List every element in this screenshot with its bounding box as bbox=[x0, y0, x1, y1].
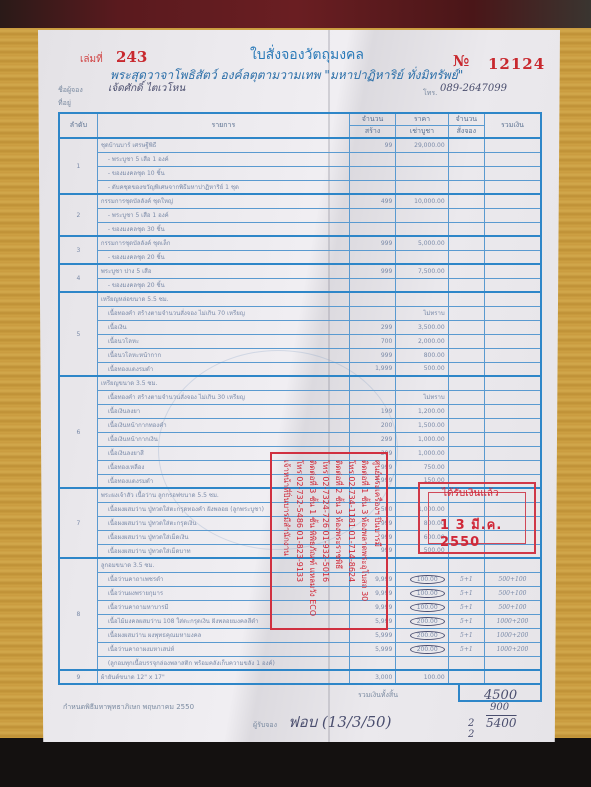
unit-price: 29,000.00 bbox=[396, 138, 448, 152]
row-sum bbox=[484, 306, 541, 320]
item-description: เนื้อทองคำ สร้างตามจำนวนสั่งจอง ไม่เกิน … bbox=[97, 306, 349, 320]
quantity-built bbox=[349, 278, 395, 292]
vertical-contact-stamp: ศูนย์พระเครื่องฯ ปิ่นบารมีติดต่อที่ 1 ชั… bbox=[270, 452, 388, 630]
circled-price: 200.00 bbox=[410, 631, 445, 640]
header-sum: รวมเงิน bbox=[484, 113, 541, 138]
item-description: เนื้อเงิน bbox=[97, 320, 349, 334]
date-stamp-header: ได้รับเงินแล้ว bbox=[442, 486, 499, 501]
quantity-ordered bbox=[448, 460, 484, 474]
quantity-ordered bbox=[448, 656, 484, 670]
row-sum bbox=[484, 152, 541, 166]
header-order-top: จำนวน bbox=[448, 113, 484, 126]
quantity-ordered bbox=[448, 348, 484, 362]
quantity-built: 3,000 bbox=[349, 670, 395, 684]
table-row: 2กรรมการชุดบัลลังค์ ชุดใหญ่49910,000.00 bbox=[59, 194, 541, 208]
row-sum bbox=[484, 194, 541, 208]
quantity-ordered bbox=[448, 208, 484, 222]
unit-price: 1,000.00 bbox=[396, 446, 448, 460]
stamp-text-line: โทร 02-7324-726 01-932-5016 bbox=[319, 460, 332, 582]
quantity-ordered bbox=[448, 138, 484, 152]
quantity-ordered: 5+1 bbox=[448, 628, 484, 642]
quantity-ordered: 5+1 bbox=[448, 642, 484, 656]
item-description: กรรมการชุดบัลลังค์ ชุดใหญ่ bbox=[97, 194, 349, 208]
unit-price bbox=[396, 222, 448, 236]
quantity-built: 999 bbox=[349, 264, 395, 278]
circled-price: 100.00 bbox=[410, 575, 445, 584]
unit-price: 10,000.00 bbox=[396, 194, 448, 208]
row-sum: 500+100 bbox=[484, 572, 541, 586]
quantity-built bbox=[349, 656, 395, 670]
quantity-ordered bbox=[448, 418, 484, 432]
quantity-ordered bbox=[448, 306, 484, 320]
row-sum: 1000+200 bbox=[484, 642, 541, 656]
unit-price: 200.00 bbox=[396, 642, 448, 656]
unit-price: 100.00 bbox=[396, 670, 448, 684]
row-sum bbox=[484, 432, 541, 446]
quantity-ordered bbox=[448, 236, 484, 250]
row-sum bbox=[484, 236, 541, 250]
quantity-ordered bbox=[448, 390, 484, 404]
table-row: เนื้อเงินหน้ากากทองคำ2001,500.00 bbox=[59, 418, 541, 432]
table-row: เนื้อว่านคาถาผงมหาเสน่ห์5,999200.005+110… bbox=[59, 642, 541, 656]
handwritten-marks: 2 2 bbox=[468, 718, 560, 740]
row-sum bbox=[484, 418, 541, 432]
unit-price: ไม่ทราบ bbox=[396, 390, 448, 404]
row-sum: 500+100 bbox=[484, 586, 541, 600]
quantity-ordered bbox=[448, 292, 484, 306]
address-label: ที่อยู่ bbox=[58, 98, 71, 109]
total-label: รวมเงินทั้งสิ้น bbox=[358, 690, 398, 701]
table-row: - ของมงคลชุด 10 ชิ้น bbox=[59, 166, 541, 180]
row-sum bbox=[484, 334, 541, 348]
table-row: - ของมงคลชุด 30 ชิ้น bbox=[59, 222, 541, 236]
row-sum bbox=[484, 222, 541, 236]
quantity-built bbox=[349, 166, 395, 180]
quantity-built: 199 bbox=[349, 404, 395, 418]
unit-price bbox=[396, 558, 448, 572]
stamp-text-line: โทร 02-734-1181 01-714-8624 bbox=[345, 460, 358, 582]
row-sum bbox=[484, 278, 541, 292]
book-label: เล่มที่ bbox=[80, 52, 103, 67]
quantity-built: 700 bbox=[349, 334, 395, 348]
unit-price: 800.00 bbox=[396, 348, 448, 362]
quantity-ordered bbox=[448, 264, 484, 278]
phone-label: โทร. bbox=[423, 88, 437, 99]
table-row: 9ผ้ายันต์ขนาด 12" x 17"3,000100.00 bbox=[59, 670, 541, 684]
header-price-top: ราคา bbox=[396, 113, 448, 126]
row-sum bbox=[484, 250, 541, 264]
quantity-built bbox=[349, 152, 395, 166]
unit-price bbox=[396, 292, 448, 306]
row-sum bbox=[484, 390, 541, 404]
table-row: - ของมงคลชุด 20 ชิ้น bbox=[59, 250, 541, 264]
item-description: - ของมงคลชุด 10 ชิ้น bbox=[97, 166, 349, 180]
unit-price bbox=[396, 208, 448, 222]
item-description: กรรมการชุดบัลลังค์ ชุดเล็ก bbox=[97, 236, 349, 250]
orderer-label: ชื่อผู้จอง bbox=[58, 85, 83, 96]
quantity-ordered bbox=[448, 432, 484, 446]
total-value: 4500 bbox=[484, 688, 517, 703]
quantity-ordered bbox=[448, 558, 484, 572]
table-row: - ดับคชุดของขวัญพิเศษจากพิธีมหาปาฏิหาริย… bbox=[59, 180, 541, 194]
row-number: 7 bbox=[59, 488, 97, 558]
table-row: - ของมงคลชุด 20 ชิ้น bbox=[59, 278, 541, 292]
unit-price bbox=[396, 278, 448, 292]
phone-value: 089-2647099 bbox=[440, 83, 507, 94]
quantity-ordered bbox=[448, 670, 484, 684]
quantity-ordered bbox=[448, 320, 484, 334]
unit-price: 200.00 bbox=[396, 628, 448, 642]
quantity-ordered bbox=[448, 404, 484, 418]
item-description: - พระบูชา 5 เสือ 1 องค์ bbox=[97, 208, 349, 222]
quantity-ordered bbox=[448, 194, 484, 208]
row-sum: 1000+200 bbox=[484, 628, 541, 642]
quantity-ordered: 5+1 bbox=[448, 600, 484, 614]
row-sum: 500+100 bbox=[484, 600, 541, 614]
item-description: เนื้อนวโลหะหน้ากาก bbox=[97, 348, 349, 362]
header-item: รายการ bbox=[97, 113, 349, 138]
stamp-text-line: ศูนย์พระเครื่องฯ ปิ่นบารมี bbox=[371, 460, 384, 547]
header-qty-top: จำนวน bbox=[349, 113, 395, 126]
quantity-built: 1,999 bbox=[349, 362, 395, 376]
unit-price: 1,500.00 bbox=[396, 418, 448, 432]
item-description: เหรียญหล่อขนาด 5.5 ซม. bbox=[97, 292, 349, 306]
row-sum bbox=[484, 180, 541, 194]
unit-price: 5,000.00 bbox=[396, 236, 448, 250]
unit-price: 3,500.00 bbox=[396, 320, 448, 334]
row-number: 9 bbox=[59, 670, 97, 684]
row-sum bbox=[484, 208, 541, 222]
unit-price bbox=[396, 656, 448, 670]
item-description: เนื้อนวโลหะ bbox=[97, 334, 349, 348]
dark-floor bbox=[0, 738, 591, 787]
quantity-ordered bbox=[448, 278, 484, 292]
unit-price: 7,500.00 bbox=[396, 264, 448, 278]
table-row: 3กรรมการชุดบัลลังค์ ชุดเล็ก9995,000.00 bbox=[59, 236, 541, 250]
item-description: ชุดบ้านบาร์ เศรษฐีพิธี bbox=[97, 138, 349, 152]
serial-number: 12124 bbox=[488, 55, 545, 73]
row-sum bbox=[484, 404, 541, 418]
receiver-label: ผู้รับจอง bbox=[253, 720, 277, 731]
quantity-built: 999 bbox=[349, 348, 395, 362]
unit-price: 500.00 bbox=[396, 362, 448, 376]
table-row: 4พระบูชา ปาง 5 เสือ9997,500.00 bbox=[59, 264, 541, 278]
quantity-built: 200 bbox=[349, 418, 395, 432]
unit-price: 100.00 bbox=[396, 600, 448, 614]
unit-price: 1,200.00 bbox=[396, 404, 448, 418]
row-sum bbox=[484, 320, 541, 334]
table-row: - พระบูชา 5 เสือ 1 องค์ bbox=[59, 152, 541, 166]
unit-price: 100.00 bbox=[396, 572, 448, 586]
quantity-built: 299 bbox=[349, 320, 395, 334]
stamp-text-line: ติดต่อที่ 3 ชั้น 1 ชั้น พิพิธภัณฑ์ แหลมว… bbox=[306, 460, 319, 616]
unit-price: ไม่ทราบ bbox=[396, 306, 448, 320]
quantity-ordered: 5+1 bbox=[448, 572, 484, 586]
item-description: เนื้อเงินหน้ากากทองคำ bbox=[97, 418, 349, 432]
stamp-text-line: ติดต่อที่ 2 ชั้น 3 ห้องพระราชพิธี bbox=[332, 460, 345, 569]
header-order-bottom: สั่งจอง bbox=[448, 126, 484, 139]
row-sum bbox=[484, 558, 541, 572]
unit-price bbox=[396, 376, 448, 390]
unit-price: 2,000.00 bbox=[396, 334, 448, 348]
row-number: 5 bbox=[59, 292, 97, 376]
unit-price bbox=[396, 166, 448, 180]
row-number: 1 bbox=[59, 138, 97, 194]
row-number: 3 bbox=[59, 236, 97, 264]
quantity-ordered: 5+1 bbox=[448, 586, 484, 600]
unit-price: 200.00 bbox=[396, 614, 448, 628]
unit-price bbox=[396, 152, 448, 166]
stamp-text-line: โทร 02-732-5486 01-823-9133 bbox=[293, 460, 306, 582]
item-description: ผ้ายันต์ขนาด 12" x 17" bbox=[97, 670, 349, 684]
table-row: (ลูกอมทุกเนื้อบรรจุกล่องพลาสติก พร้อมคลั… bbox=[59, 656, 541, 670]
quantity-built bbox=[349, 390, 395, 404]
quantity-built bbox=[349, 292, 395, 306]
payment-date-stamp: ได้รับเงินแล้ว 1 3 มี.ค. 2550 bbox=[418, 482, 536, 554]
quantity-built bbox=[349, 250, 395, 264]
quantity-built: 5,999 bbox=[349, 628, 395, 642]
unit-price bbox=[396, 180, 448, 194]
item-description: - พระบูชา 5 เสือ 1 องค์ bbox=[97, 152, 349, 166]
table-row: - พระบูชา 5 เสือ 1 องค์ bbox=[59, 208, 541, 222]
row-number: 8 bbox=[59, 558, 97, 670]
header-price-bottom: เช่าบูชา bbox=[396, 126, 448, 139]
quantity-built: 999 bbox=[349, 236, 395, 250]
table-row: 5เหรียญหล่อขนาด 5.5 ซม. bbox=[59, 292, 541, 306]
row-sum bbox=[484, 656, 541, 670]
receiver-signature: ฟอบ (13/3/50) bbox=[288, 710, 391, 734]
quantity-built: 499 bbox=[349, 194, 395, 208]
circled-price: 100.00 bbox=[410, 603, 445, 612]
stamp-text-line: ติดต่อที่ 1 ชั้น 3 ห้องพลาดพระอุโบสถ 30 bbox=[358, 460, 371, 601]
quantity-ordered bbox=[448, 222, 484, 236]
table-row: เนื้อเงิน2993,500.00 bbox=[59, 320, 541, 334]
row-sum bbox=[484, 446, 541, 460]
unit-price: 1,000.00 bbox=[396, 432, 448, 446]
book-number: 243 bbox=[116, 48, 147, 66]
item-description: เนื้อทองคำ สร้างตามจำนวนสั่งจอง ไม่เกิน … bbox=[97, 390, 349, 404]
table-row: เนื้อเงินหน้ากากเงิน2991,000.00 bbox=[59, 432, 541, 446]
item-description: - ของมงคลชุด 30 ชิ้น bbox=[97, 222, 349, 236]
row-sum bbox=[484, 362, 541, 376]
quantity-built: 99 bbox=[349, 138, 395, 152]
quantity-ordered bbox=[448, 180, 484, 194]
quantity-ordered bbox=[448, 250, 484, 264]
table-row: เนื้อทองแดงรมดำ1,999500.00 bbox=[59, 362, 541, 376]
row-number: 6 bbox=[59, 376, 97, 488]
item-description: เนื้อผงผสมว่าน ผงพุทธคุณมหามงคล bbox=[97, 628, 349, 642]
quantity-built bbox=[349, 208, 395, 222]
quantity-built bbox=[349, 222, 395, 236]
row-sum bbox=[484, 460, 541, 474]
quantity-ordered bbox=[448, 152, 484, 166]
item-description: เนื้อเงินหน้ากากเงิน bbox=[97, 432, 349, 446]
row-sum bbox=[484, 670, 541, 684]
circled-price: 200.00 bbox=[410, 645, 445, 654]
table-row: 1ชุดบ้านบาร์ เศรษฐีพิธี9929,000.00 bbox=[59, 138, 541, 152]
quantity-built bbox=[349, 376, 395, 390]
unit-price: 750.00 bbox=[396, 460, 448, 474]
header-no: ลำดับ bbox=[59, 113, 97, 138]
unit-price: 100.00 bbox=[396, 586, 448, 600]
unit-price bbox=[396, 250, 448, 264]
quantity-built: 299 bbox=[349, 432, 395, 446]
item-description: เหรียญขนาด 3.5 ซม. bbox=[97, 376, 349, 390]
quantity-ordered bbox=[448, 446, 484, 460]
item-description: - ดับคชุดของขวัญพิเศษจากพิธีมหาปาฏิหาริย… bbox=[97, 180, 349, 194]
table-row: เนื้อผงผสมว่าน ผงพุทธคุณมหามงคล5,999200.… bbox=[59, 628, 541, 642]
quantity-built bbox=[349, 180, 395, 194]
order-form-paper: เล่มที่ 243 ใบสั่งจองวัตถุมงคล № 12124 พ… bbox=[38, 30, 560, 742]
item-description: - ของมงคลชุด 20 ชิ้น bbox=[97, 250, 349, 264]
quantity-ordered bbox=[448, 334, 484, 348]
handwritten-add: 900 bbox=[490, 702, 509, 713]
table-row: 6เหรียญขนาด 3.5 ซม. bbox=[59, 376, 541, 390]
quantity-built bbox=[349, 306, 395, 320]
row-number: 4 bbox=[59, 264, 97, 292]
quantity-ordered: 5+1 bbox=[448, 614, 484, 628]
row-sum bbox=[484, 138, 541, 152]
item-description: เนื้อเงินลงยา bbox=[97, 404, 349, 418]
item-description: (ลูกอมทุกเนื้อบรรจุกล่องพลาสติก พร้อมคลั… bbox=[97, 656, 349, 670]
form-title: ใบสั่งจองวัตถุมงคล bbox=[250, 44, 364, 66]
quantity-ordered bbox=[448, 166, 484, 180]
row-sum bbox=[484, 376, 541, 390]
row-sum bbox=[484, 264, 541, 278]
row-number: 2 bbox=[59, 194, 97, 236]
row-sum bbox=[484, 292, 541, 306]
date-stamp-date: 1 3 มี.ค. 2550 bbox=[440, 514, 534, 550]
quantity-ordered bbox=[448, 376, 484, 390]
quantity-ordered bbox=[448, 362, 484, 376]
table-row: เนื้อทองคำ สร้างตามจำนวนสั่งจอง ไม่เกิน … bbox=[59, 306, 541, 320]
row-sum bbox=[484, 166, 541, 180]
table-row: เนื้อนวโลหะหน้ากาก999800.00 bbox=[59, 348, 541, 362]
table-row: เนื้อทองคำ สร้างตามจำนวนสั่งจอง ไม่เกิน … bbox=[59, 390, 541, 404]
header-qty-bottom: สร้าง bbox=[349, 126, 395, 139]
circled-price: 100.00 bbox=[410, 589, 445, 598]
item-description: เนื้อว่านคาถาผงมหาเสน่ห์ bbox=[97, 642, 349, 656]
stamp-text-line: เจ้าหน้าที่ปิ่นบารมีสำนักงาน bbox=[280, 460, 293, 556]
quantity-built: 5,999 bbox=[349, 642, 395, 656]
orderer-name: เจ้ดศักดิ์ ไตเวโหน bbox=[108, 81, 185, 96]
item-description: พระบูชา ปาง 5 เสือ bbox=[97, 264, 349, 278]
circled-price: 200.00 bbox=[410, 617, 445, 626]
row-sum bbox=[484, 348, 541, 362]
row-sum: 1000+200 bbox=[484, 614, 541, 628]
item-description: - ของมงคลชุด 20 ชิ้น bbox=[97, 278, 349, 292]
ceremony-note: กำหนดพิธีมหาพุทธาภิเษก พฤษภาคม 2550 bbox=[63, 702, 194, 713]
item-description: เนื้อทองแดงรมดำ bbox=[97, 362, 349, 376]
table-row: เนื้อนวโลหะ7002,000.00 bbox=[59, 334, 541, 348]
table-row: เนื้อเงินลงยา1991,200.00 bbox=[59, 404, 541, 418]
